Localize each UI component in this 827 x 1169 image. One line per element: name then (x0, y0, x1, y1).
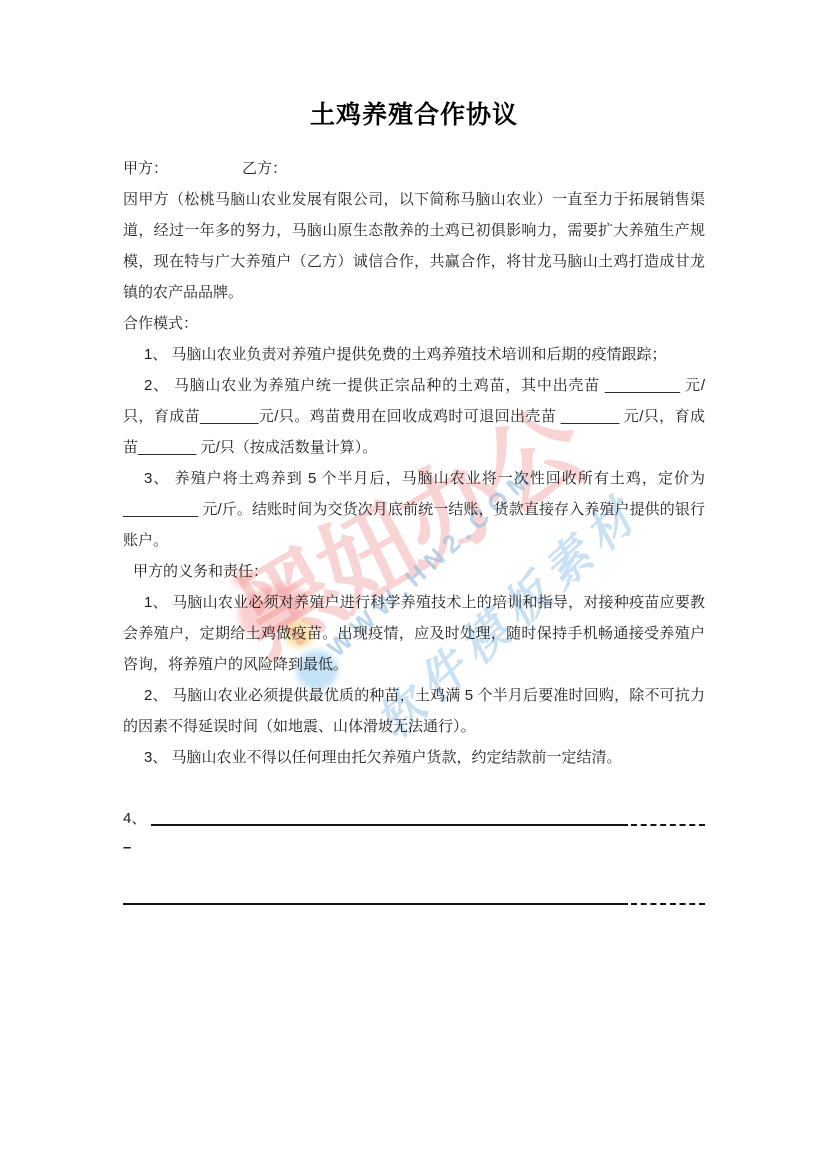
party-a-label: 甲方： (123, 153, 168, 184)
intro-paragraph: 因甲方（松桃马脑山农业发展有限公司，以下简称马脑山农业）一直至力于拓展销售渠道，… (123, 184, 705, 308)
extra-fill-line (123, 878, 705, 909)
clause-4-fill-line: 4、 (123, 799, 705, 830)
cooperation-item-2: 2、 马脑山农业为养殖户统一提供正宗品种的土鸡苗，其中出壳苗 _________… (123, 370, 705, 463)
document-page: 黑妞办公 WWW.HN2.COM 软件模板素材 土鸡养殖合作协议 甲方：乙方： … (0, 0, 827, 1169)
duty-item-3: 3、 马脑山农业不得以任何理由托欠养殖户货款，约定结款前一定结清。 (123, 742, 705, 773)
clause-4-number: 4、 (123, 808, 146, 830)
document-content: 土鸡养殖合作协议 甲方：乙方： 因甲方（松桃马脑山农业发展有限公司，以下简称马脑… (0, 0, 827, 1169)
party-b-label: 乙方： (242, 160, 287, 177)
duties-heading: 甲方的义务和责任： (123, 556, 705, 587)
duty-item-2: 2、 马脑山农业必须提供最优质的种苗，土鸡满 5 个半月后要准时回购，除不可抗力… (123, 680, 705, 742)
cooperation-item-3: 3、 养殖户将土鸡养到 5 个半月后，马脑山农业将一次性回收所有土鸡，定价为__… (123, 463, 705, 556)
cooperation-heading: 合作模式： (123, 308, 705, 339)
blank-line-solid (151, 823, 628, 826)
blank-line-dashed (631, 823, 705, 826)
duty-item-1: 1、 马脑山农业必须对养殖户进行科学养殖技术上的培训和指导，对接种疫苗应要教会养… (123, 587, 705, 680)
wrapped-dash: – (123, 832, 705, 863)
party-line: 甲方：乙方： (123, 153, 705, 184)
blank-line-solid-2 (123, 902, 628, 905)
blank-line-dashed-2 (631, 902, 705, 905)
document-title: 土鸡养殖合作协议 (123, 100, 705, 130)
cooperation-item-1: 1、 马脑山农业负责对养殖户提供免费的土鸡养殖技术培训和后期的疫情跟踪； (123, 339, 705, 370)
